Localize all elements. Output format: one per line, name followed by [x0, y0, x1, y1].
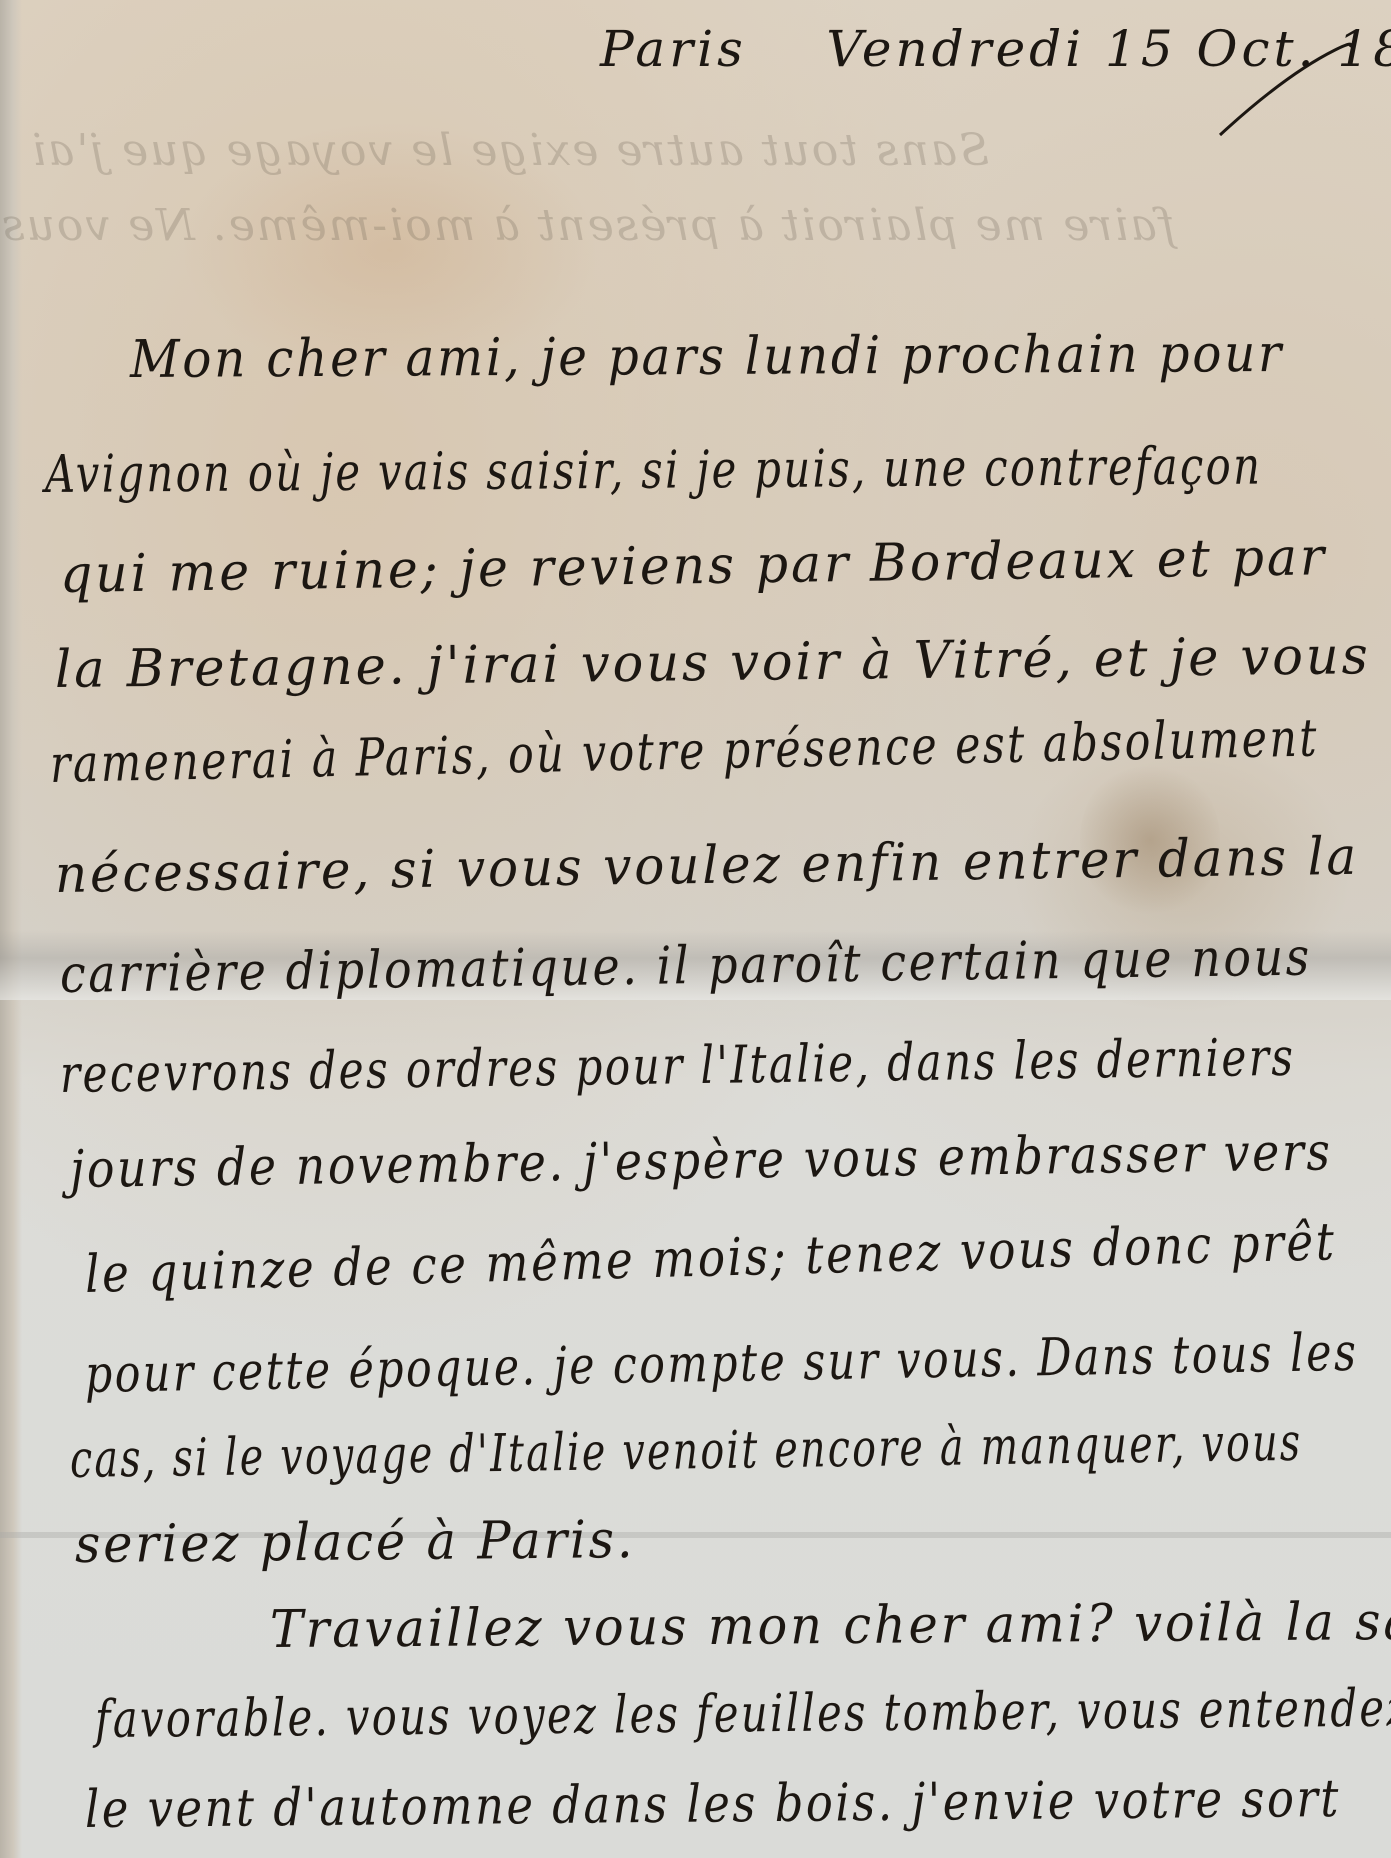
letter-line: jours de novembre. j'espère vous embrass…: [70, 1122, 1333, 1200]
letter-sheet: Sans tout autre exige le voyage que j'ai…: [0, 0, 1391, 1858]
flourish-stroke: [1215, 35, 1365, 145]
letter-line: favorable. vous voyez les feuilles tombe…: [95, 1679, 1391, 1750]
letter-line: recevrons des ordres pour l'Italie, dans…: [60, 1028, 1296, 1105]
letter-line: le quinze de ce même mois; tenez vous do…: [84, 1212, 1337, 1305]
letter-line: qui me ruine; je reviens par Bordeaux et…: [60, 527, 1328, 605]
letter-line: pour cette époque. je compte sur vous. D…: [84, 1323, 1358, 1405]
bleed-through-line: faire me plairoit à présent à moi-même. …: [0, 200, 1175, 251]
paper-edge: [0, 0, 22, 1858]
letter-line: le vent d'automne dans les bois. j'envie…: [85, 1769, 1341, 1840]
letter-place: Paris: [600, 20, 747, 78]
letter-line: seriez placé à Paris.: [75, 1510, 636, 1575]
letter-line: la Bretagne. j'irai vous voir à Vitré, e…: [55, 626, 1371, 700]
letter-line: cas, si le voyage d'Italie venoit encore…: [70, 1413, 1303, 1490]
letter-line: Avignon où je vais saisir, si je puis, u…: [45, 437, 1263, 505]
letter-line: Travaillez vous mon cher ami? voilà la s…: [270, 1591, 1391, 1660]
bleed-through-line: Sans tout autre exige le voyage que j'ai: [30, 125, 989, 176]
letter-line: Mon cher ami, je pars lundi prochain pou…: [130, 324, 1284, 390]
